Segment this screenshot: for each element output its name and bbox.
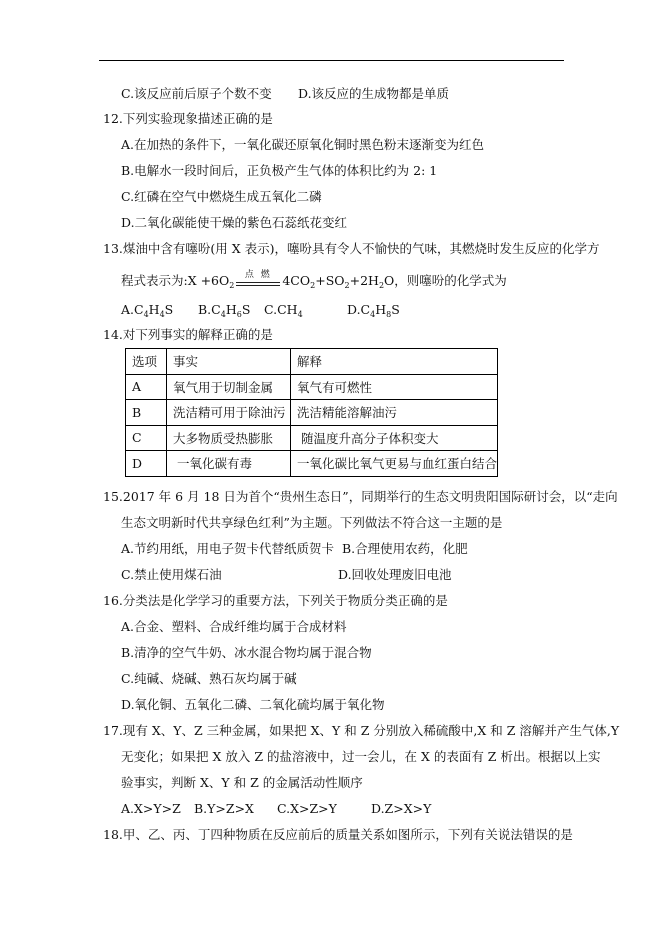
table-row: C 大多物质受热膨胀 随温度升高分子体积变大	[126, 425, 498, 451]
cell: C	[126, 425, 167, 451]
q16-option-c: C.纯碱、烧碱、熟石灰均属于碱	[121, 671, 297, 687]
q17-option-b: B.Y>Z>X	[194, 801, 254, 817]
condition-label: 点 燃	[236, 267, 280, 283]
cell: 氧气用于切制金属	[167, 374, 291, 400]
product-h2o: +2H	[350, 273, 379, 288]
table-header-row: 选项 事实 解释	[126, 349, 498, 375]
q17-stem-line2: 无变化；如果把 X 放入 Z 的盐溶液中，过一会儿，在 X 的表面有 Z 析出。…	[121, 749, 600, 765]
q11-option-c: C.该反应前后原子个数不变	[121, 86, 272, 102]
q17-option-a: A.X>Y>Z	[121, 801, 181, 817]
cell: 洗洁精可用于除油污	[167, 400, 291, 426]
q17-stem-line3: 验事实，判断 X、Y 和 Z 的金属活动性顺序	[121, 775, 363, 791]
q13-stem-line1: 13.煤油中含有噻吩(用 X 表示)，噻吩具有令人不愉快的气味，其燃烧时发生反应…	[103, 241, 599, 257]
q15-option-d: D.回收处理废旧电池	[338, 567, 452, 583]
q13-option-a: A.C4H4S	[121, 302, 173, 318]
table-row: A 氧气用于切制金属 氧气有可燃性	[126, 374, 498, 400]
q13-equation: 程式表示为:X +6O2点 燃4CO2+SO2+2H2O，则噻吩的化学式为	[121, 273, 507, 290]
q16-option-d: D.氧化铜、五氧化二磷、二氧化硫均属于氧化物	[121, 697, 385, 713]
q12-stem: 12.下列实验现象描述正确的是	[103, 111, 273, 127]
q16-option-a: A.合金、塑料、合成纤维均属于合成材料	[121, 619, 347, 635]
cell: A	[126, 374, 167, 400]
q15-option-a: A.节约用纸，用电子贺卡代替纸质贺卡	[121, 541, 334, 557]
q15-option-b: B.合理使用农药，化肥	[342, 541, 468, 557]
q12-option-a: A.在加热的条件下，一氧化碳还原氧化铜时黑色粉末逐渐变为红色	[121, 137, 484, 153]
q12-option-d: D.二氧化碳能使干燥的紫色石蕊纸花变红	[121, 215, 347, 231]
q17-stem-line1: 17.现有 X、Y、Z 三种金属，如果把 X、Y 和 Z 分别放入稀硫酸中,X …	[103, 723, 619, 739]
q13-option-c: C.CH4	[264, 302, 303, 318]
table-row: B 洗洁精可用于除油污 洗洁精能溶解油污	[126, 400, 498, 426]
equation-reactants: 程式表示为:X +6O	[121, 273, 229, 288]
q16-option-b: B.清净的空气牛奶、冰水混合物均属于混合物	[121, 645, 372, 661]
equation-suffix: ，则噻吩的化学式为	[394, 273, 507, 288]
cell: 一氧化碳比氧气更易与血红蛋白结合	[291, 451, 498, 477]
q17-option-d: D.Z>X>Y	[371, 801, 431, 817]
header-explanation: 解释	[291, 349, 498, 375]
q11-option-d: D.该反应的生成物都是单质	[298, 86, 449, 102]
table-row: D 一氧化碳有毒 一氧化碳比氧气更易与血红蛋白结合	[126, 451, 498, 477]
cell: D	[126, 451, 167, 477]
q13-option-b: B.C4H6S	[198, 302, 250, 318]
cell: 一氧化碳有毒	[167, 451, 291, 477]
cell: 洗洁精能溶解油污	[291, 400, 498, 426]
q15-stem-line1: 15.2017 年 6 月 18 日为首个“贵州生态日”，同期举行的生态文明贵阳…	[103, 489, 618, 505]
cell: B	[126, 400, 167, 426]
cell: 大多物质受热膨胀	[167, 425, 291, 451]
cell: 随温度升高分子体积变大	[291, 425, 498, 451]
reaction-condition-arrow: 点 燃	[236, 274, 280, 290]
product-so2: +SO	[315, 273, 344, 288]
q12-option-c: C.红磷在空气中燃烧生成五氧化二磷	[121, 189, 322, 205]
product-h2o-tail: O	[384, 273, 394, 288]
q18-stem: 18.甲、乙、丙、丁四种物质在反应前后的质量关系如图所示，下列有关说法错误的是	[103, 827, 573, 843]
q15-stem-line2: 生态文明新时代共享绿色红利”为主题。下列做法不符合这一主题的是	[121, 515, 502, 531]
header-rule	[99, 60, 564, 61]
q14-stem: 14.对下列事实的解释正确的是	[103, 327, 273, 343]
q13-option-d: D.C4H8S	[347, 302, 400, 318]
header-option: 选项	[126, 349, 167, 375]
q15-option-c: C.禁止使用煤石油	[121, 567, 222, 583]
q16-stem: 16.分类法是化学学习的重要方法，下列关于物质分类正确的是	[103, 593, 448, 609]
q14-table: 选项 事实 解释 A 氧气用于切制金属 氧气有可燃性 B 洗洁精可用于除油污 洗…	[125, 348, 498, 477]
q12-option-b: B.电解水一段时间后，正负极产生气体的体积比约为 2: 1	[121, 163, 437, 179]
product-co2: 4CO	[282, 273, 310, 288]
q17-option-c: C.X>Z>Y	[277, 801, 337, 817]
cell: 氧气有可燃性	[291, 374, 498, 400]
subscript: 2	[229, 281, 234, 290]
header-fact: 事实	[167, 349, 291, 375]
